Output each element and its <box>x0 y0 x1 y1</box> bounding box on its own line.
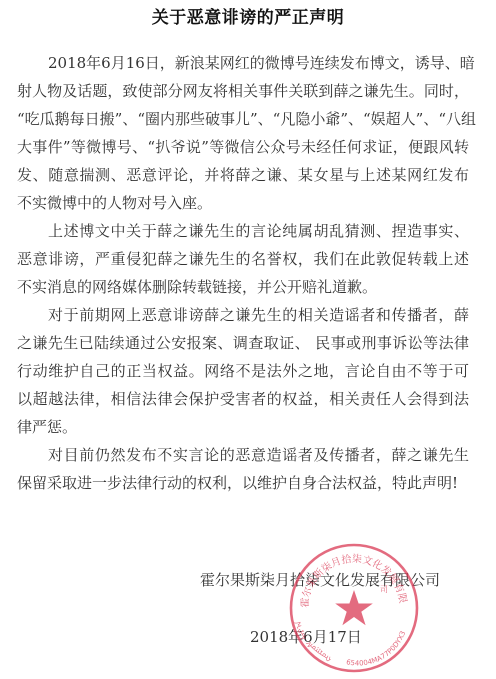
paragraph-4-line-1: 对目前仍然发布不实言论的恶意造谣者及传播者，薛之谦先生 <box>17 441 469 469</box>
star-icon <box>335 590 373 625</box>
paragraph-3-line-3: 行动维护自己的正当权益。网络不是法外之地，言论自由不等于可 <box>17 357 469 385</box>
signature-company: 霍尔果斯柒月拾柒文化发展有限公司 <box>200 569 440 590</box>
paragraph-2-line-2: 恶意诽谤，严重侵犯薛之谦先生的名誉权，我们在此敦促转载上述 <box>17 245 469 273</box>
paragraph-4-line-2: 保留采取进一步法律行动的权利，以维护自身合法权益，特此声明! <box>17 469 469 497</box>
statement-body: 2018年6月16日，新浪某网红的微博号连续发布博文，诱导、暗 射人物及话题，致… <box>17 49 469 497</box>
paragraph-1-line-3: “吃瓜鹅每日搬”、“圈内那些破事儿”、“凡隐小爺”、“娱超人”、“八组 <box>17 105 469 133</box>
seal-graphic: 霍尔果斯柒月拾柒文化发展有限公司 654004MA77P0DYX3 ᠬᠣᠷᠭᠣᠰ… <box>288 542 420 674</box>
paragraph-3-line-4: 以超越法律，相信法律会保护受害者的权益，相关责任人会得到法 <box>17 385 469 413</box>
paragraph-3-line-1: 对于前期网上恶意诽谤薛之谦先生的相关造谣者和传播者，薛 <box>17 301 469 329</box>
paragraph-1-line-2: 射人物及话题，致使部分网友将相关事件关联到薛之谦先生。同时， <box>17 77 469 105</box>
signature-date: 2018年6月17日 <box>250 626 362 647</box>
paragraph-3-line-2: 之谦先生已陆续通过公安报案、调查取证、 民事或刑事诉讼等法律 <box>17 329 469 357</box>
paragraph-1-line-4: 大事件”等微博号、“扒爷说”等微信公众号未经任何求证，便跟风转 <box>17 133 469 161</box>
paragraph-2-line-3: 不实消息的网络媒体删除转载链接，并公开赔礼道歉。 <box>17 273 469 301</box>
paragraph-1-line-6: 不实微博中的人物对号入座。 <box>17 189 469 217</box>
paragraph-3-line-5: 律严惩。 <box>17 413 469 441</box>
company-seal: 霍尔果斯柒月拾柒文化发展有限公司 654004MA77P0DYX3 ᠬᠣᠷᠭᠣᠰ… <box>288 542 420 674</box>
paragraph-1-line-1: 2018年6月16日，新浪某网红的微博号连续发布博文，诱导、暗 <box>17 49 469 77</box>
paragraph-1-line-5: 发、随意揣测、恶意评论，并将薛之谦、某女星与上述某网红发布 <box>17 161 469 189</box>
document-title: 关于恶意诽谤的严正声明 <box>0 6 496 30</box>
paragraph-2-line-1: 上述博文中关于薛之谦先生的言论纯属胡乱猜测、捏造事实、 <box>17 217 469 245</box>
seal-ring <box>291 545 417 671</box>
